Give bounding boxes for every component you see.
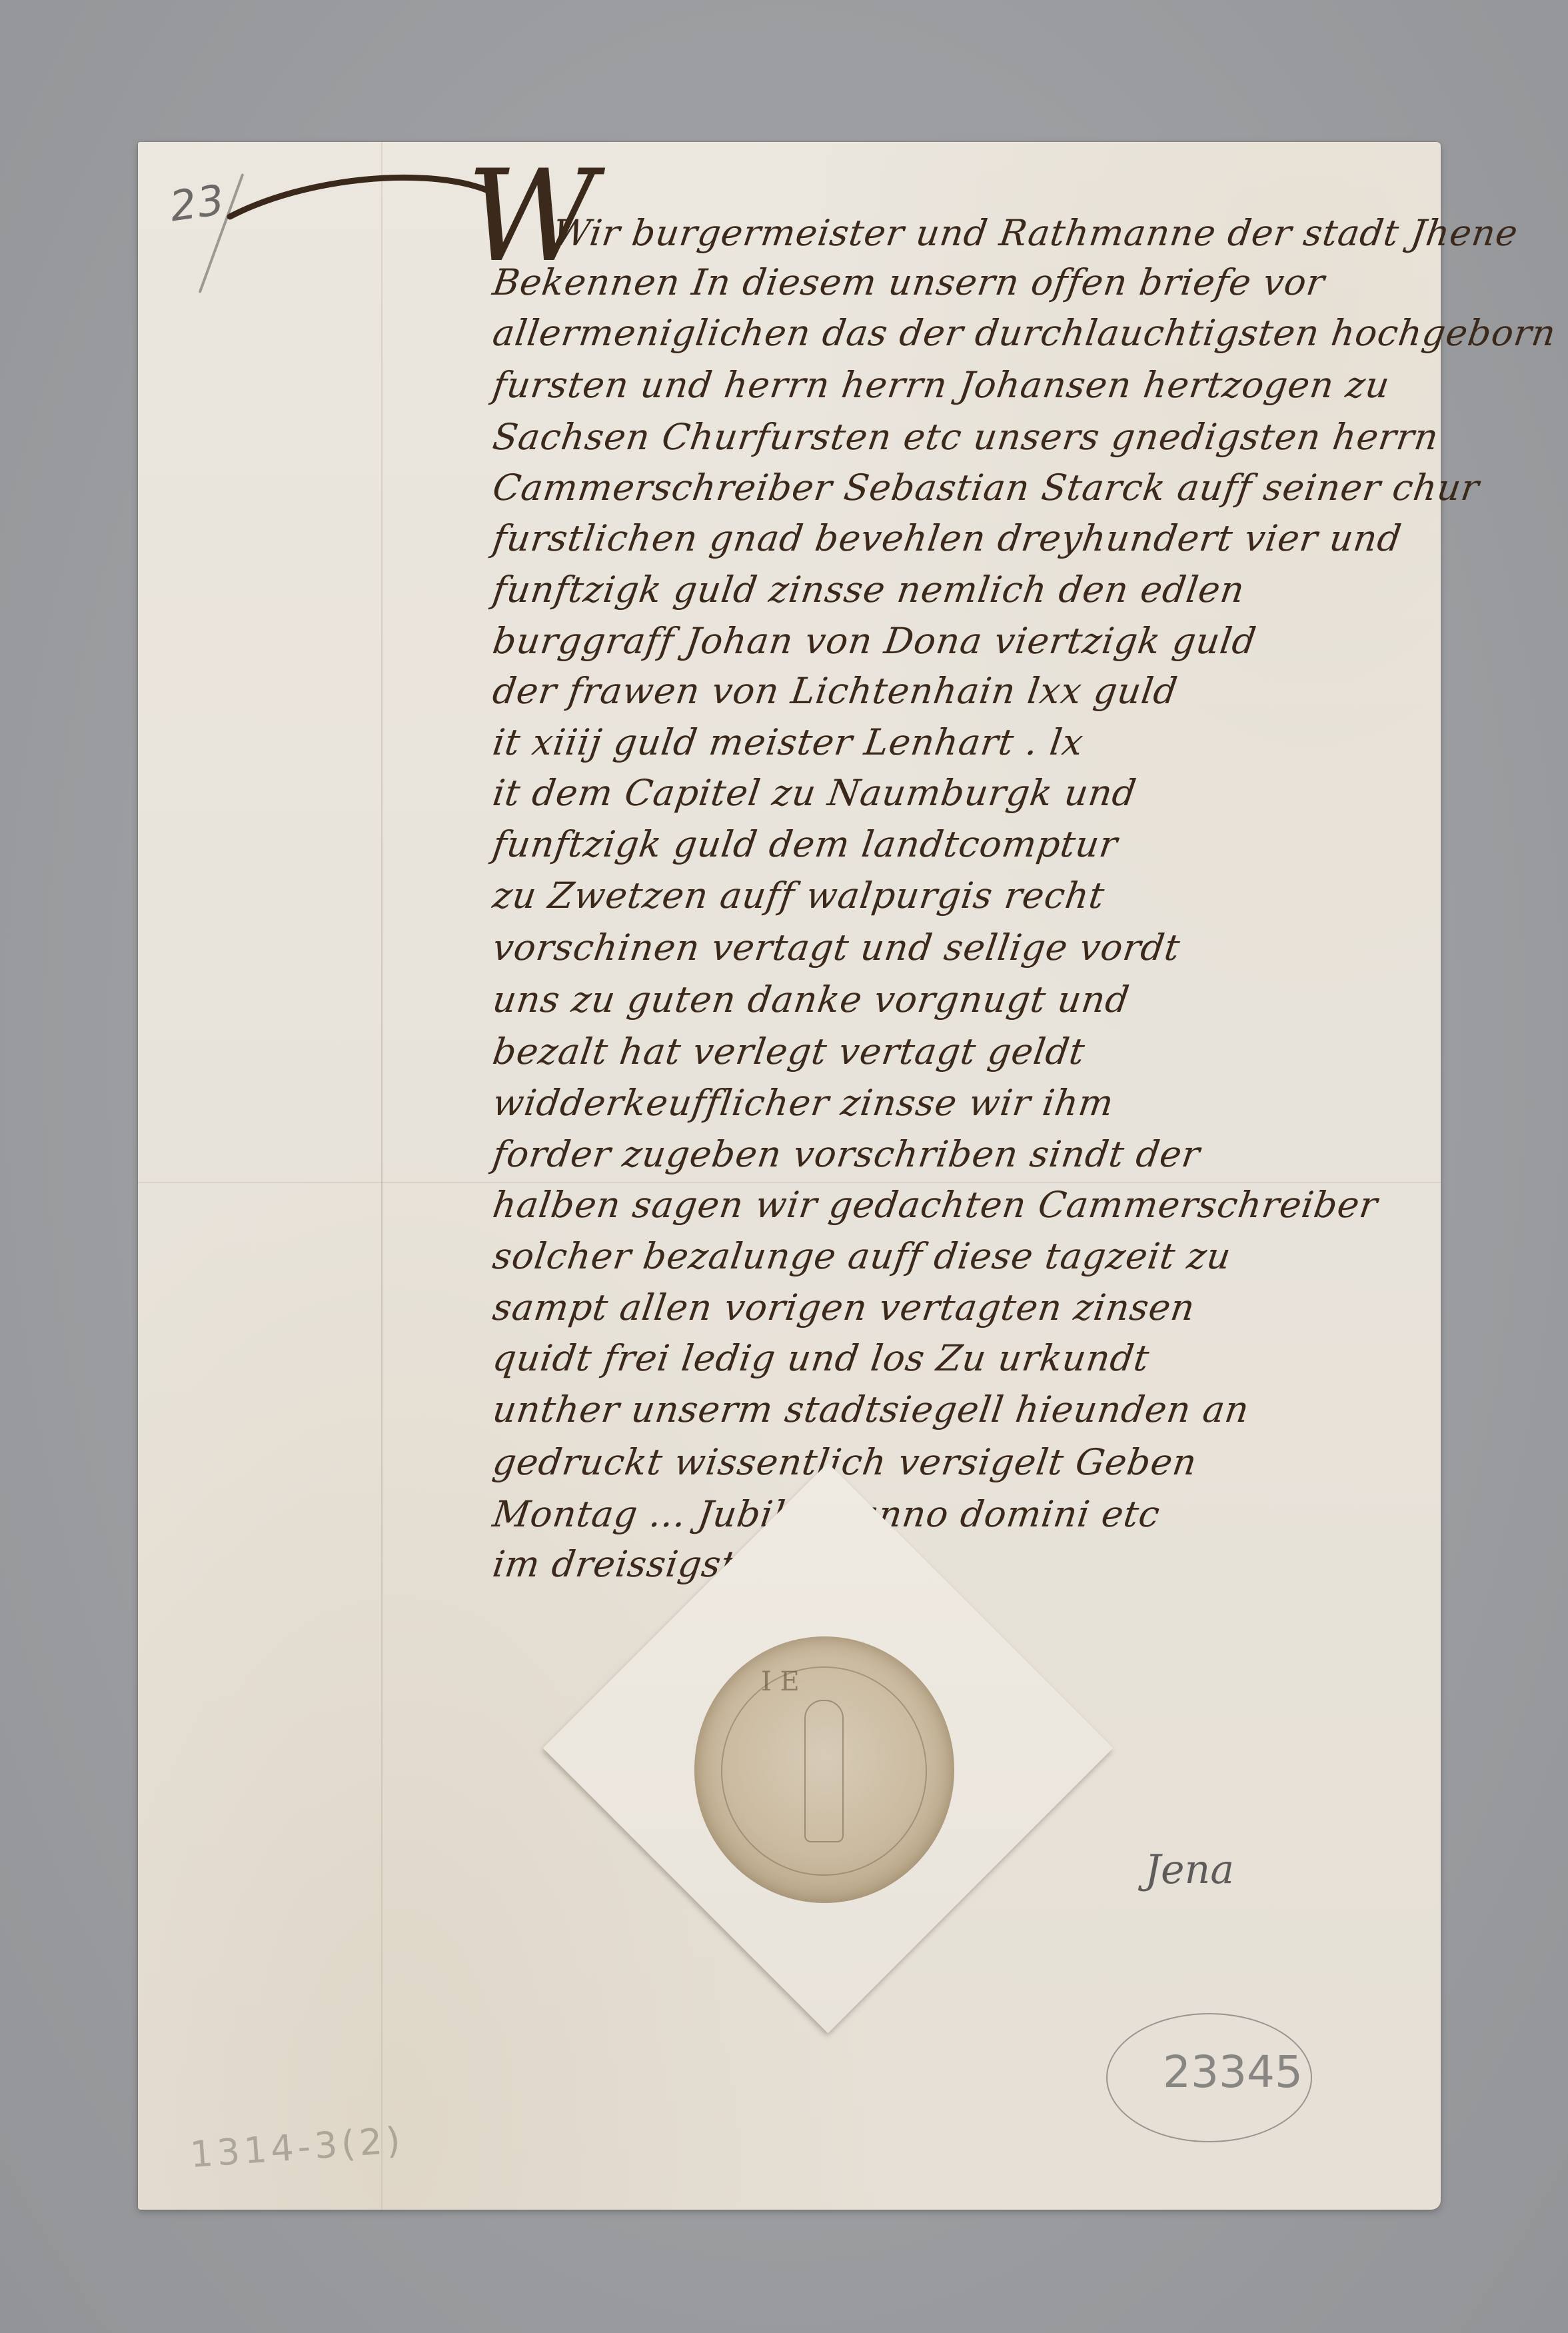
- text-line: furstlichen gnad bevehlen dreyhundert vi…: [490, 517, 1405, 559]
- archive-number: 23345: [1163, 2046, 1303, 2098]
- text-line: Cammerschreiber Sebastian Starck auff se…: [490, 467, 1483, 509]
- wax-seal: I E: [694, 1636, 954, 1903]
- text-line: zu Zwetzen auff walpurgis recht: [490, 875, 1108, 917]
- place-annotation: Jena: [1145, 1846, 1234, 1893]
- text-line: solcher bezalunge auff diese tagzeit zu: [490, 1235, 1234, 1277]
- text-line: bezalt hat verlegt vertagt geldt: [490, 1031, 1088, 1073]
- text-line: gedruckt wissentlich versigelt Geben: [490, 1441, 1200, 1483]
- text-line: sampt allen vorigen vertagten zinsen: [490, 1286, 1198, 1328]
- text-line: Sachsen Churfursten etc unsers gnedigste…: [490, 416, 1441, 458]
- text-line: it dem Capitel zu Naumburgk und: [490, 772, 1140, 814]
- text-line: forder zugeben vorschriben sindt der: [490, 1133, 1203, 1175]
- text-line: funftzigk guld zinsse nemlich den edlen: [490, 569, 1247, 611]
- text-line: burggraff Johan von Dona viertzigk guld: [490, 620, 1259, 662]
- text-line: Wir burgermeister und Rathmanne der stad…: [550, 212, 1521, 254]
- text-line: der frawen von Lichtenhain lxx guld: [490, 670, 1181, 712]
- text-line: widderkeufflicher zinsse wir ihm: [490, 1082, 1117, 1124]
- pen-flourish: [227, 170, 493, 223]
- text-line: Bekennen In diesem unsern offen briefe v…: [490, 261, 1328, 303]
- seal-legend: I E: [761, 1666, 800, 1697]
- text-line: quidt frei ledig und los Zu urkundt: [490, 1337, 1152, 1379]
- text-line: allermeniglichen das der durchlauchtigst…: [490, 312, 1559, 354]
- text-line: unther unserm stadtsiegell hieunden an: [490, 1388, 1252, 1430]
- text-line: funftzigk guld dem landtcomptur: [490, 823, 1121, 865]
- text-line: vorschinen vertagt und sellige vordt: [490, 927, 1183, 969]
- text-line: fursten und herrn herrn Johansen hertzog…: [490, 364, 1393, 406]
- text-line: halben sagen wir gedachten Cammerschreib…: [490, 1184, 1381, 1226]
- text-line: it xiiij guld meister Lenhart . lx: [490, 721, 1087, 763]
- folio-number: 23: [167, 175, 228, 231]
- seal-figure-icon: [804, 1700, 844, 1842]
- text-line: uns zu guten danke vorgnugt und: [490, 979, 1133, 1021]
